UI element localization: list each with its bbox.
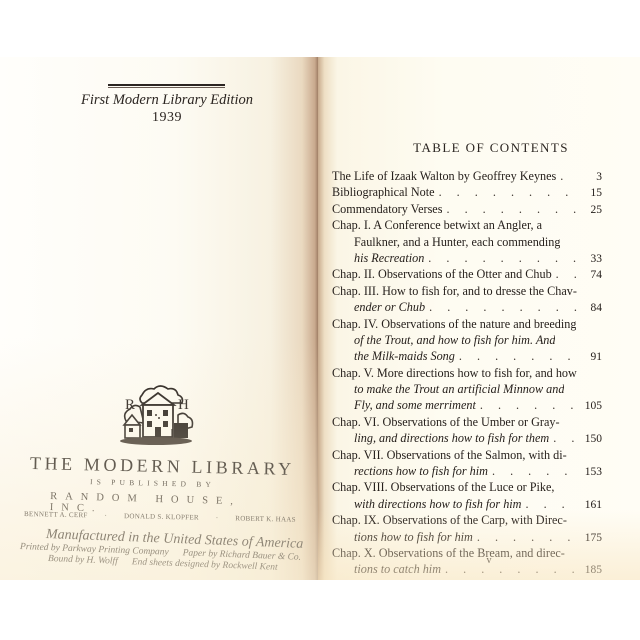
book-spread: First Modern Library Edition 1939	[0, 57, 640, 580]
toc-page-number: 91	[578, 349, 602, 365]
dot-leader: . . . . . . . . . . . . . . . . . . . . …	[476, 397, 578, 413]
separator-dot: ·	[216, 514, 219, 522]
toc-line: ling, and directions how to fish for the…	[332, 430, 602, 446]
toc-entry-text: Faulkner, and a Hunter, each commending	[354, 234, 560, 250]
toc-entry-text: The Life of Izaak Walton by Geoffrey Key…	[332, 168, 556, 184]
toc-entry-text: Fly, and some merriment	[354, 397, 476, 413]
toc-entry-text: of the Trout, and how to fish for him. A…	[354, 332, 555, 348]
toc-page-number: 161	[578, 497, 602, 513]
double-rule-divider	[108, 84, 225, 88]
toc-entry-text: ling, and directions how to fish for the…	[354, 430, 549, 446]
toc-entry-text: tions how to fish for him	[354, 529, 473, 545]
toc-line: to make the Trout an artificial Minnow a…	[332, 381, 602, 397]
toc-line: Chap. VIII. Observations of the Luce or …	[332, 479, 602, 495]
toc-page-number: 105	[578, 398, 602, 414]
imprint-title: THE MODERN LIBRARY	[30, 453, 320, 481]
toc-entry-text: with directions how to fish for him	[354, 496, 521, 512]
toc-page-number: 150	[578, 431, 602, 447]
toc-line: Fly, and some merriment. . . . . . . . .…	[332, 397, 602, 413]
toc-line: Chap. V. More directions how to fish for…	[332, 365, 602, 381]
toc-line: with directions how to fish for him. . .…	[332, 496, 602, 512]
bound-by: Bound by H. Wolff	[48, 554, 118, 567]
svg-text:H: H	[178, 397, 189, 413]
toc-list: The Life of Izaak Walton by Geoffrey Key…	[332, 168, 602, 578]
officer-name: ROBERT K. HAAS	[235, 514, 296, 523]
edition-line: First Modern Library Edition	[60, 92, 274, 109]
dot-leader: . . . . . . . . . . . . . . . . . . . . …	[425, 299, 578, 315]
dot-leader: . . . . . . . . . . . . . . . . . . . . …	[552, 266, 578, 282]
edition-year: 1939	[60, 110, 274, 126]
toc-line: ender or Chub. . . . . . . . . . . . . .…	[332, 299, 602, 315]
toc-entry-text: Chap. V. More directions how to fish for…	[332, 365, 577, 381]
toc-line: tions how to fish for him. . . . . . . .…	[332, 529, 602, 545]
toc-line: Chap. IV. Observations of the nature and…	[332, 316, 602, 332]
toc-line: Bibliographical Note. . . . . . . . . . …	[332, 184, 602, 200]
officer-name: DONALD S. KLOPFER	[124, 512, 199, 522]
toc-line: of the Trout, and how to fish for him. A…	[332, 332, 602, 348]
dot-leader: . . . . . . . . . . . . . . . . . . . . …	[435, 184, 578, 200]
toc-page-number: 25	[578, 202, 602, 218]
dot-leader: . . . . . . . . . . . . . . . . . . . . …	[549, 430, 578, 446]
toc-page-number: 153	[578, 464, 602, 480]
toc-line: Chap. VI. Observations of the Umber or G…	[332, 414, 602, 430]
left-page: First Modern Library Edition 1939	[0, 57, 318, 580]
svg-text:R: R	[125, 397, 135, 413]
toc-page-number: 74	[578, 267, 602, 283]
toc-page-number: 175	[578, 530, 602, 546]
toc-page-number: 33	[578, 251, 602, 267]
toc-line: Chap. IX. Observations of the Carp, with…	[332, 512, 602, 528]
separator-dot: ·	[104, 512, 107, 520]
toc-page-number: 15	[578, 185, 602, 201]
toc-entry-text: Commendatory Verses	[332, 201, 442, 217]
dot-leader: . . . . . . . . . . . . . . . . . . . . …	[488, 463, 578, 479]
dot-leader: . . . . . . . . . . . . . . . . . . . . …	[442, 201, 578, 217]
toc-entry-text: rections how to fish for him	[354, 463, 488, 479]
toc-line: Chap. II. Observations of the Otter and …	[332, 266, 602, 282]
right-page: TABLE OF CONTENTS The Life of Izaak Walt…	[318, 57, 640, 580]
toc-entry-text: Chap. III. How to fish for, and to dress…	[332, 283, 577, 299]
toc-entry-text: Chap. II. Observations of the Otter and …	[332, 266, 552, 282]
dot-leader: . . . . . . . . . . . . . . . . . . . . …	[424, 250, 578, 266]
toc-page-number: 3	[578, 169, 602, 185]
toc-entry-text: Chap. VIII. Observations of the Luce or …	[332, 479, 554, 495]
toc-line: the Milk-maids Song. . . . . . . . . . .…	[332, 348, 602, 364]
dot-leader: . . . . . . . . . . . . . . . . . . . . …	[556, 168, 578, 184]
toc-entry-text: the Milk-maids Song	[354, 348, 455, 364]
toc-line: Chap. III. How to fish for, and to dress…	[332, 283, 602, 299]
toc-entry-text: Chap. IX. Observations of the Carp, with…	[332, 512, 567, 528]
toc-line: Commendatory Verses. . . . . . . . . . .…	[332, 201, 602, 217]
toc-entry-text: his Recreation	[354, 250, 424, 266]
dot-leader: . . . . . . . . . . . . . . . . . . . . …	[521, 496, 578, 512]
toc-line: Chap. I. A Conference betwixt an Angler,…	[332, 217, 602, 233]
toc-line: rections how to fish for him. . . . . . …	[332, 463, 602, 479]
toc-entry-text: Chap. IV. Observations of the nature and…	[332, 316, 576, 332]
toc-heading: TABLE OF CONTENTS	[318, 140, 640, 156]
dot-leader: . . . . . . . . . . . . . . . . . . . . …	[473, 529, 578, 545]
toc-entry-text: ender or Chub	[354, 299, 425, 315]
toc-line: Faulkner, and a Hunter, each commending	[332, 234, 602, 250]
toc-entry-text: Chap. VI. Observations of the Umber or G…	[332, 414, 560, 430]
toc-page-number: 84	[578, 300, 602, 316]
random-house-logo-icon: R H	[112, 385, 200, 449]
dot-leader: . . . . . . . . . . . . . . . . . . . . …	[455, 348, 578, 364]
toc-entry-text: Chap. I. A Conference betwixt an Angler,…	[332, 217, 542, 233]
published-by-line: IS PUBLISHED BY	[90, 477, 250, 490]
toc-line: The Life of Izaak Walton by Geoffrey Key…	[332, 168, 602, 184]
toc-entry-text: Bibliographical Note	[332, 184, 435, 200]
toc-entry-text: to make the Trout an artificial Minnow a…	[354, 381, 564, 397]
toc-entry-text: Chap. VII. Observations of the Salmon, w…	[332, 447, 567, 463]
officer-name: BENNETT A. CERF	[24, 510, 88, 519]
toc-line: Chap. VII. Observations of the Salmon, w…	[332, 447, 602, 463]
toc-line: his Recreation. . . . . . . . . . . . . …	[332, 250, 602, 266]
page-folio: v	[318, 555, 640, 566]
